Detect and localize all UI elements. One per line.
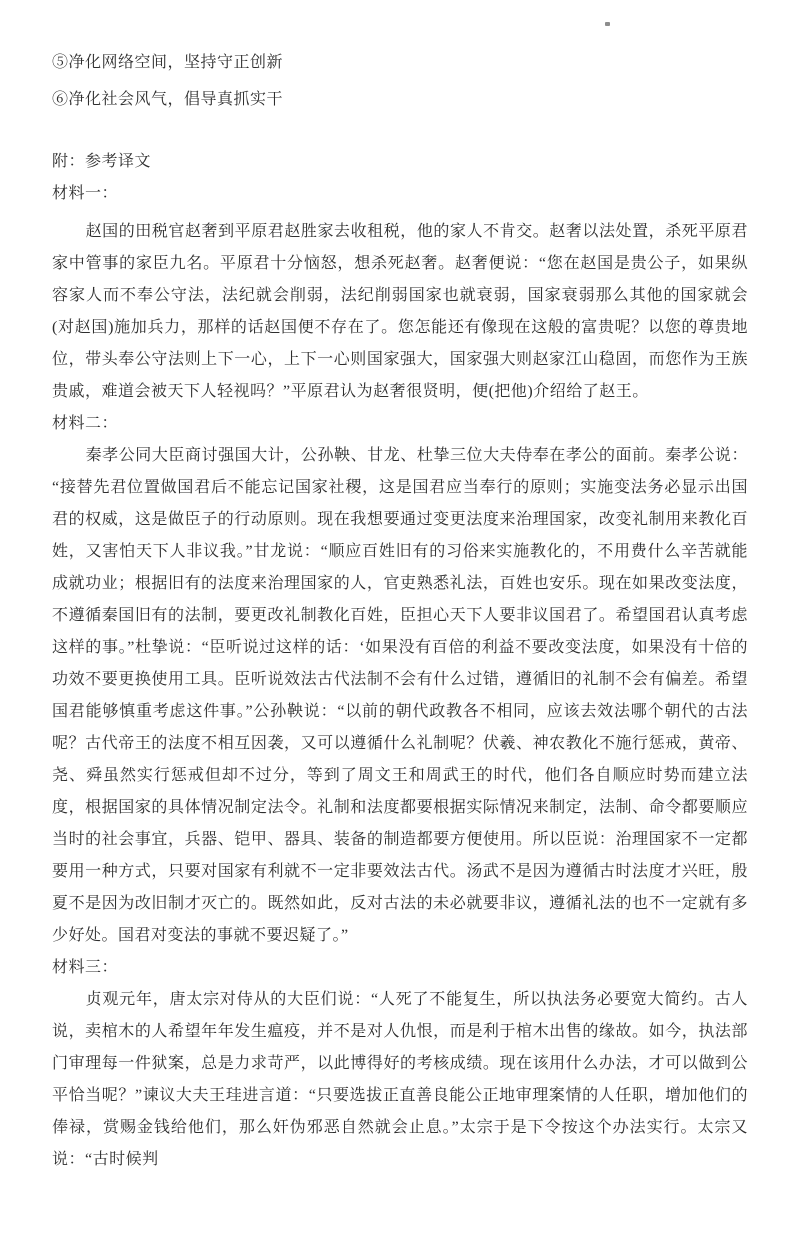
translation-paragraph-material-2: 秦孝公同大臣商讨强国大计，公孙鞅、甘龙、杜挚三位大夫侍奉在孝公的面前。秦孝公说：… [52, 440, 748, 952]
section-heading-material-1: 材料一： [52, 178, 748, 210]
section-heading-material-3: 材料三： [52, 952, 748, 984]
document-page: ⑤净化网络空间，坚持守正创新 ⑥净化社会风气，倡导真抓实干 附：参考译文 材料一… [52, 44, 748, 1176]
translation-paragraph-material-1: 赵国的田税官赵奢到平原君赵胜家去收租税，他的家人不肯交。赵奢以法处置，杀死平原君… [52, 216, 748, 408]
translation-paragraph-material-3: 贞观元年，唐太宗对侍从的大臣们说：“人死了不能复生，所以执法务必要宽大简约。古人… [52, 984, 748, 1176]
section-heading-material-2: 材料二： [52, 408, 748, 440]
scan-artifact-speck [605, 22, 610, 26]
answer-item-6: ⑥净化社会风气，倡导真抓实干 [52, 81, 748, 118]
answer-item-5: ⑤净化网络空间，坚持守正创新 [52, 44, 748, 81]
appendix-title: 附：参考译文 [52, 146, 748, 178]
